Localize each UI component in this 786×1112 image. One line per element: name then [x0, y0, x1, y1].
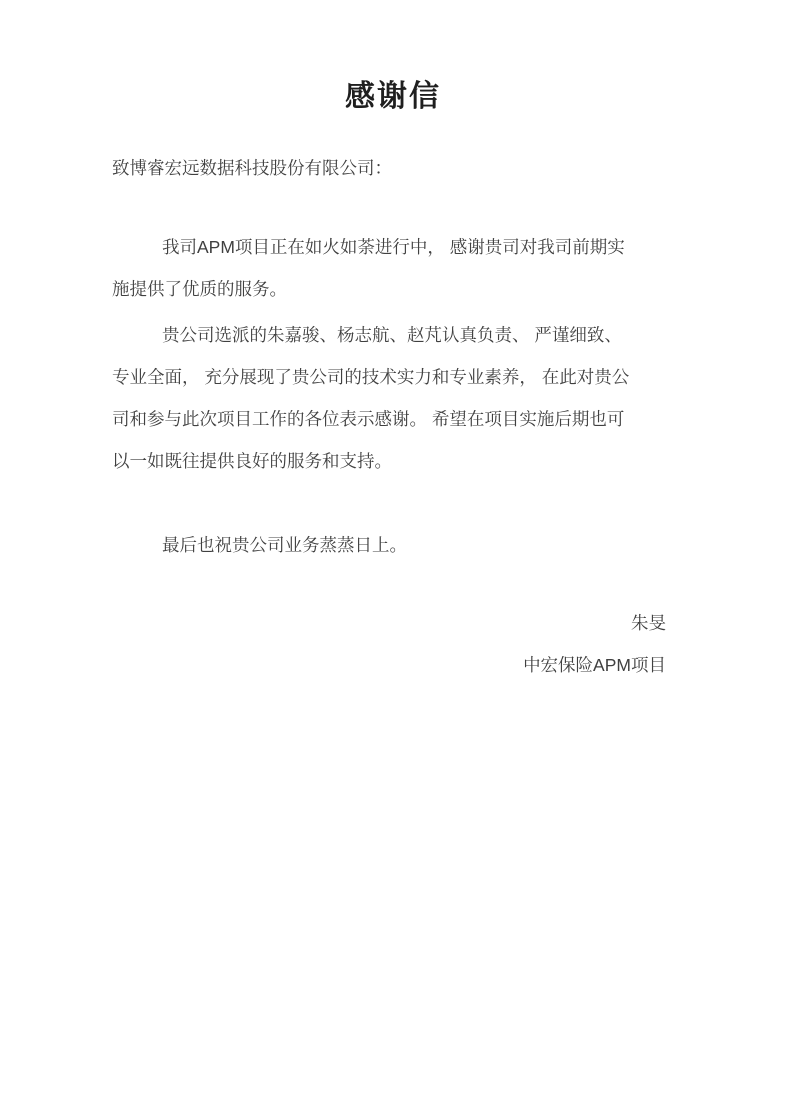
- signature-name: 朱旻: [112, 602, 666, 644]
- letter-page: 感谢信 致博睿宏远数据科技股份有限公司： 我司APM项目正在如火如荼进行中， 感…: [0, 0, 786, 1112]
- salutation: 致博睿宏远数据科技股份有限公司：: [112, 147, 674, 189]
- signature-organization: 中宏保险APM项目: [112, 644, 666, 686]
- signature-block: 朱旻 中宏保险APM项目: [112, 602, 674, 686]
- closing-paragraph: 最后也祝贵公司业务蒸蒸日上。: [112, 524, 674, 566]
- paragraph-line: 贵公司选派的朱嘉骏、杨志航、赵芃认真负责、 严谨细致、: [112, 314, 674, 356]
- paragraph-line: 施提供了优质的服务。: [112, 268, 674, 310]
- paragraph-line: 专业全面， 充分展现了贵公司的技术实力和专业素养， 在此对贵公: [112, 356, 674, 398]
- paragraph-line: 我司APM项目正在如火如荼进行中， 感谢贵司对我司前期实: [112, 226, 674, 268]
- paragraph-line: 司和参与此次项目工作的各位表示感谢。 希望在项目实施后期也可: [112, 398, 674, 440]
- paragraph-line: 以一如既往提供良好的服务和支持。: [112, 440, 674, 482]
- paragraph-2: 贵公司选派的朱嘉骏、杨志航、赵芃认真负责、 严谨细致、 专业全面， 充分展现了贵…: [112, 314, 674, 482]
- letter-title: 感谢信: [112, 74, 674, 120]
- paragraph-1: 我司APM项目正在如火如荼进行中， 感谢贵司对我司前期实 施提供了优质的服务。: [112, 226, 674, 310]
- paragraph-line: 最后也祝贵公司业务蒸蒸日上。: [112, 524, 674, 566]
